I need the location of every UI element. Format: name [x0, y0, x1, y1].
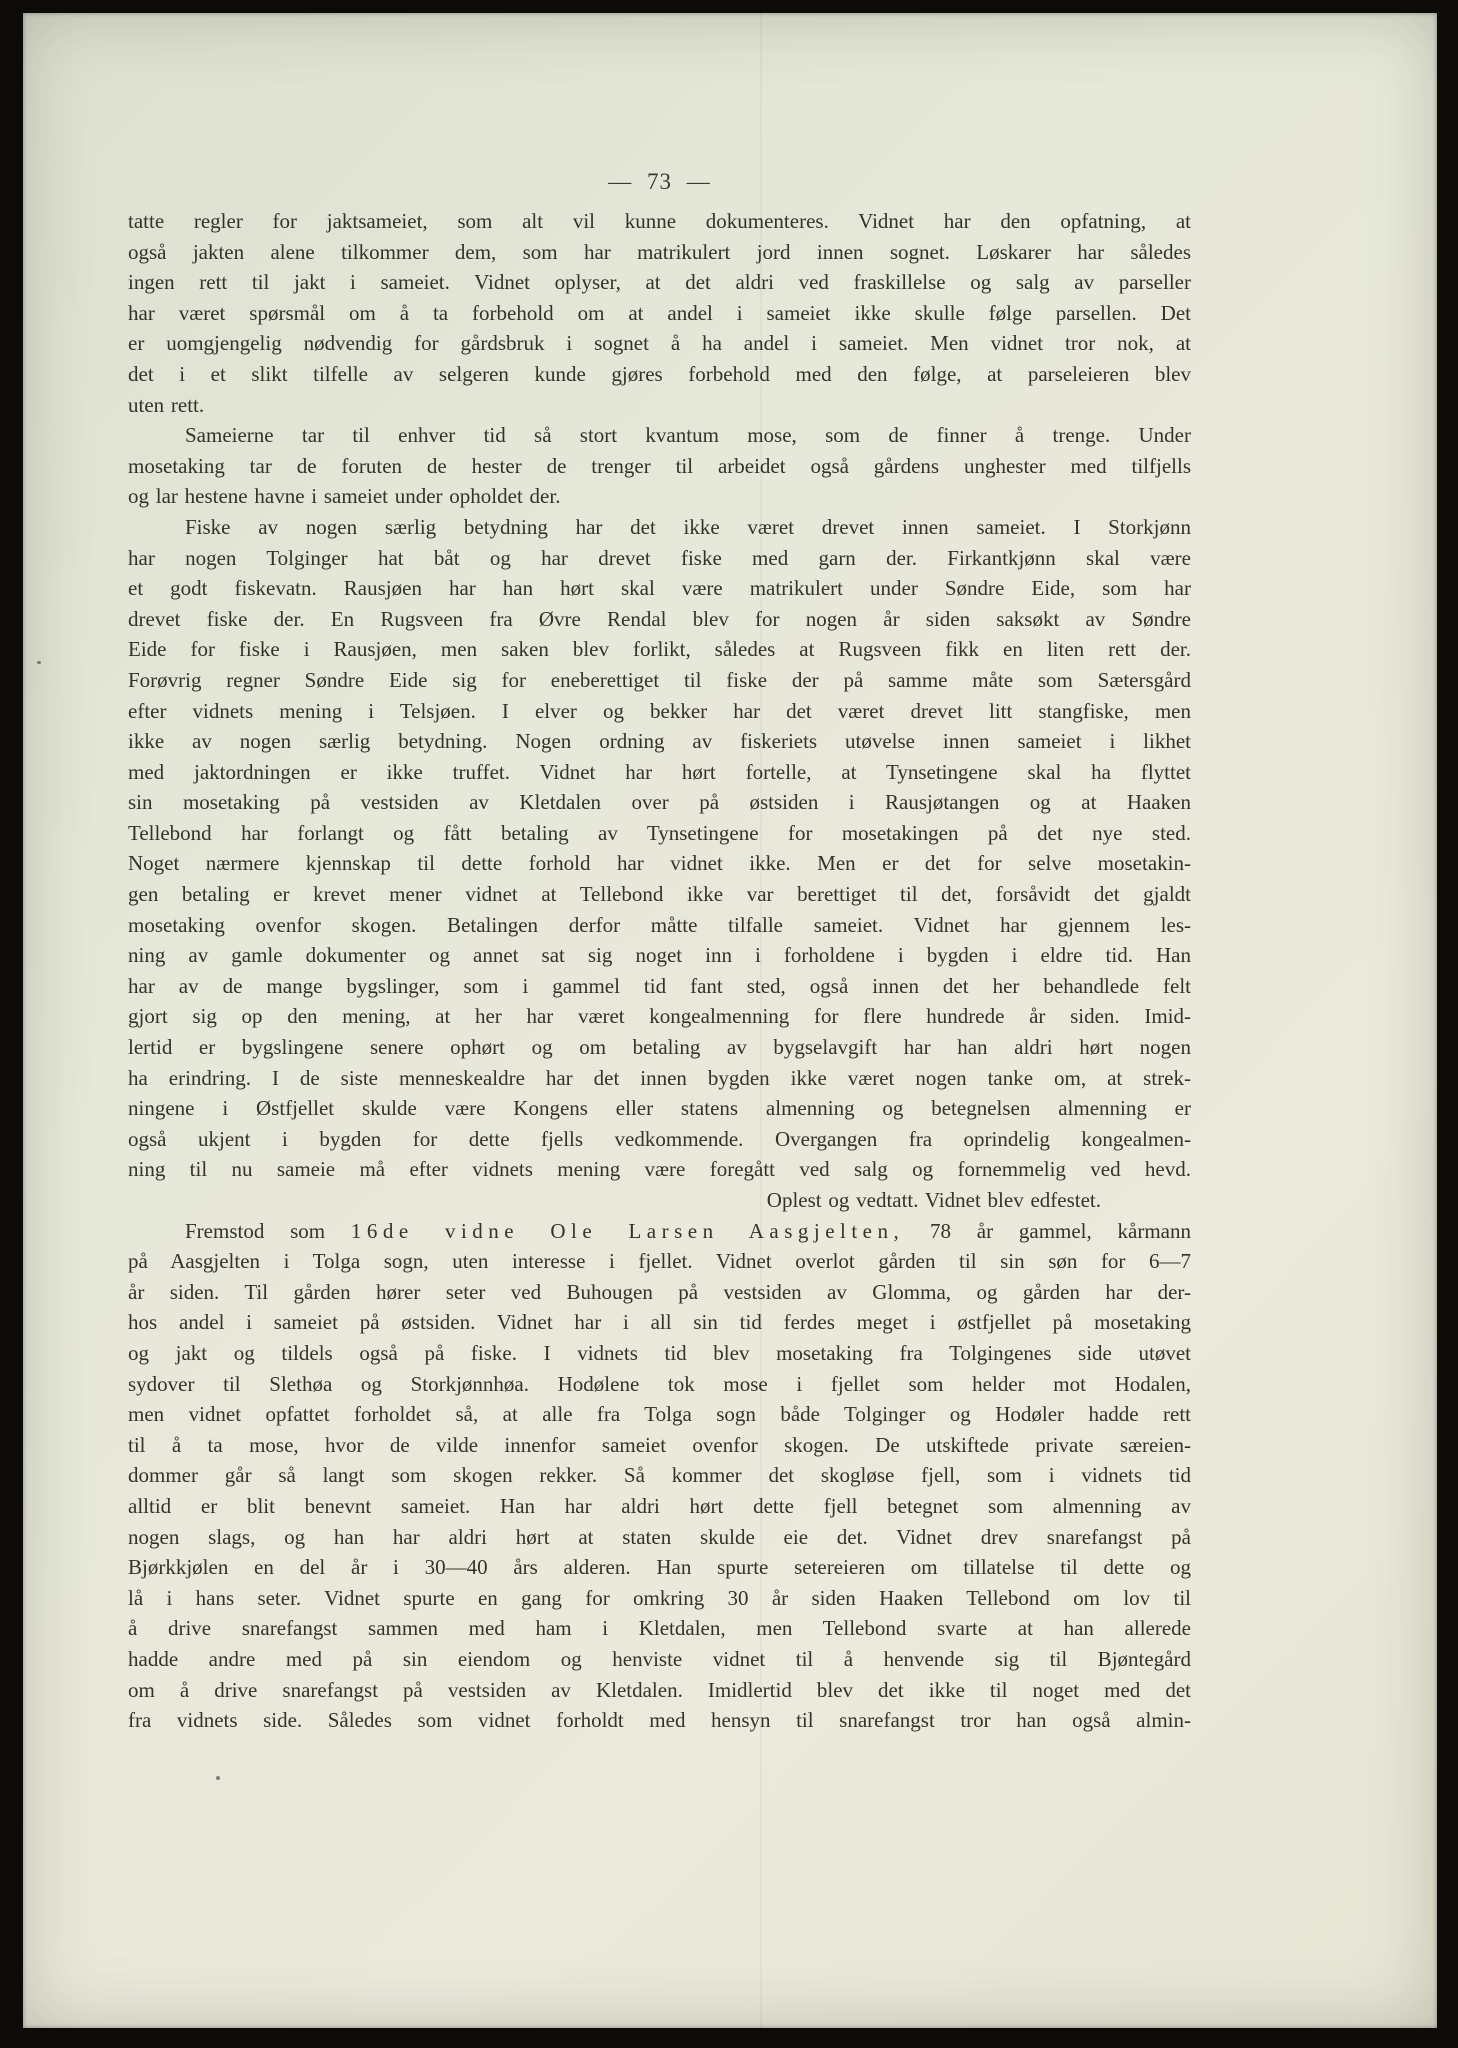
- text-line: har været spørsmål om å ta forbehold om …: [128, 298, 1191, 329]
- text-line: Forøvrig regner Søndre Eide sig for eneb…: [128, 665, 1191, 696]
- text-line: men vidnet opfattet forholdet så, at all…: [128, 1399, 1191, 1430]
- text-line: har av de mange bygslinger, som i gammel…: [128, 971, 1191, 1002]
- text-line: på Aasgjelten i Tolga sogn, uten interes…: [128, 1246, 1191, 1277]
- text-line: også ukjent i bygden for dette fjells ve…: [128, 1124, 1191, 1155]
- text-line: mosetaking ovenfor skogen. Betalingen de…: [128, 910, 1191, 941]
- text-line: det i et slikt tilfelle av selgeren kund…: [128, 359, 1191, 390]
- text-line: om å drive snarefangst på vestsiden av K…: [128, 1675, 1191, 1706]
- text-line: lertid er bygslingene senere ophørt og o…: [128, 1032, 1191, 1063]
- text-line: ning til nu sameie må efter vidnets meni…: [128, 1154, 1191, 1185]
- text-line: fra vidnets side. Således som vidnet for…: [128, 1705, 1191, 1736]
- text-line: og jakt og tildels også på fiske. I vidn…: [128, 1338, 1191, 1369]
- text-line: også jakten alene tilkommer dem, som har…: [128, 237, 1191, 268]
- text-line: til å ta mose, hvor de vilde innenfor sa…: [128, 1430, 1191, 1461]
- text-line: Bjørkkjølen en del år i 30—40 års aldere…: [128, 1552, 1191, 1583]
- text-line: et godt fiskevatn. Rausjøen har han hørt…: [128, 573, 1191, 604]
- page-text: tatte regler for jaktsameiet, som alt vi…: [128, 206, 1191, 1736]
- text-line: Noget nærmere kjennskap til dette forhol…: [128, 848, 1191, 879]
- page-number: — 73 —: [128, 169, 1191, 195]
- text-line: hos andel i sameiet på østsiden. Vidnet …: [128, 1307, 1191, 1338]
- text-line: nogen slags, og han har aldri hørt at st…: [128, 1522, 1191, 1553]
- text-line: og lar hestene havne i sameiet under oph…: [128, 481, 1191, 512]
- text-line: har nogen Tolginger hat båt og har dreve…: [128, 543, 1191, 574]
- text-line: er uomgjengelig nødvendig for gårdsbruk …: [128, 328, 1191, 359]
- witness-name-emphasis: 16de vidne Ole Larsen Aasgjelten,: [351, 1219, 904, 1243]
- text-line: dommer går så langt som skogen rekker. S…: [128, 1460, 1191, 1491]
- text-line: mosetaking tar de foruten de hester de t…: [128, 451, 1191, 482]
- scan-speck: [216, 1776, 220, 1780]
- text-line: lå i hans seter. Vidnet spurte en gang f…: [128, 1583, 1191, 1614]
- scan-background: — 73 — tatte regler for jaktsameiet, som…: [0, 0, 1458, 2048]
- text-line: gen betaling er krevet mener vidnet at T…: [128, 879, 1191, 910]
- text-line: ning av gamle dokumenter og annet sat si…: [128, 940, 1191, 971]
- text-line: Eide for fiske i Rausjøen, men saken ble…: [128, 634, 1191, 665]
- scan-speck: [37, 661, 41, 664]
- text-line: ingen rett til jakt i sameiet. Vidnet op…: [128, 267, 1191, 298]
- text-segment: Fremstod som: [185, 1219, 351, 1243]
- text-line: ningene i Østfjellet skulde være Kongens…: [128, 1093, 1191, 1124]
- text-segment: 78 år gammel, kårmann: [904, 1219, 1191, 1243]
- text-line: Fremstod som 16de vidne Ole Larsen Aasgj…: [128, 1216, 1191, 1247]
- book-page: — 73 — tatte regler for jaktsameiet, som…: [23, 13, 1437, 2028]
- text-line: sydover til Slethøa og Storkjønnhøa. Hod…: [128, 1369, 1191, 1400]
- text-line: alltid er blit benevnt sameiet. Han har …: [128, 1491, 1191, 1522]
- text-line: tatte regler for jaktsameiet, som alt vi…: [128, 206, 1191, 237]
- text-line: efter vidnets mening i Telsjøen. I elver…: [128, 696, 1191, 727]
- text-line: drevet fiske der. En Rugsveen fra Øvre R…: [128, 604, 1191, 635]
- text-line: sin mosetaking på vestsiden av Kletdalen…: [128, 787, 1191, 818]
- text-line: Sameierne tar til enhver tid så stort kv…: [128, 420, 1191, 451]
- text-line: Tellebond har forlangt og fått betaling …: [128, 818, 1191, 849]
- text-line: med jaktordningen er ikke truffet. Vidne…: [128, 757, 1191, 788]
- text-line: å drive snarefangst sammen med ham i Kle…: [128, 1613, 1191, 1644]
- text-line: uten rett.: [128, 390, 1191, 421]
- text-line: ha erindring. I de siste menneskealdre h…: [128, 1063, 1191, 1094]
- text-line: Oplest og vedtatt. Vidnet blev edfestet.: [128, 1185, 1191, 1216]
- text-line: år siden. Til gården hører seter ved Buh…: [128, 1277, 1191, 1308]
- text-line: hadde andre med på sin eiendom og henvis…: [128, 1644, 1191, 1675]
- text-line: gjort sig op den mening, at her har være…: [128, 1001, 1191, 1032]
- text-line: ikke av nogen særlig betydning. Nogen or…: [128, 726, 1191, 757]
- text-line: Fiske av nogen særlig betydning har det …: [128, 512, 1191, 543]
